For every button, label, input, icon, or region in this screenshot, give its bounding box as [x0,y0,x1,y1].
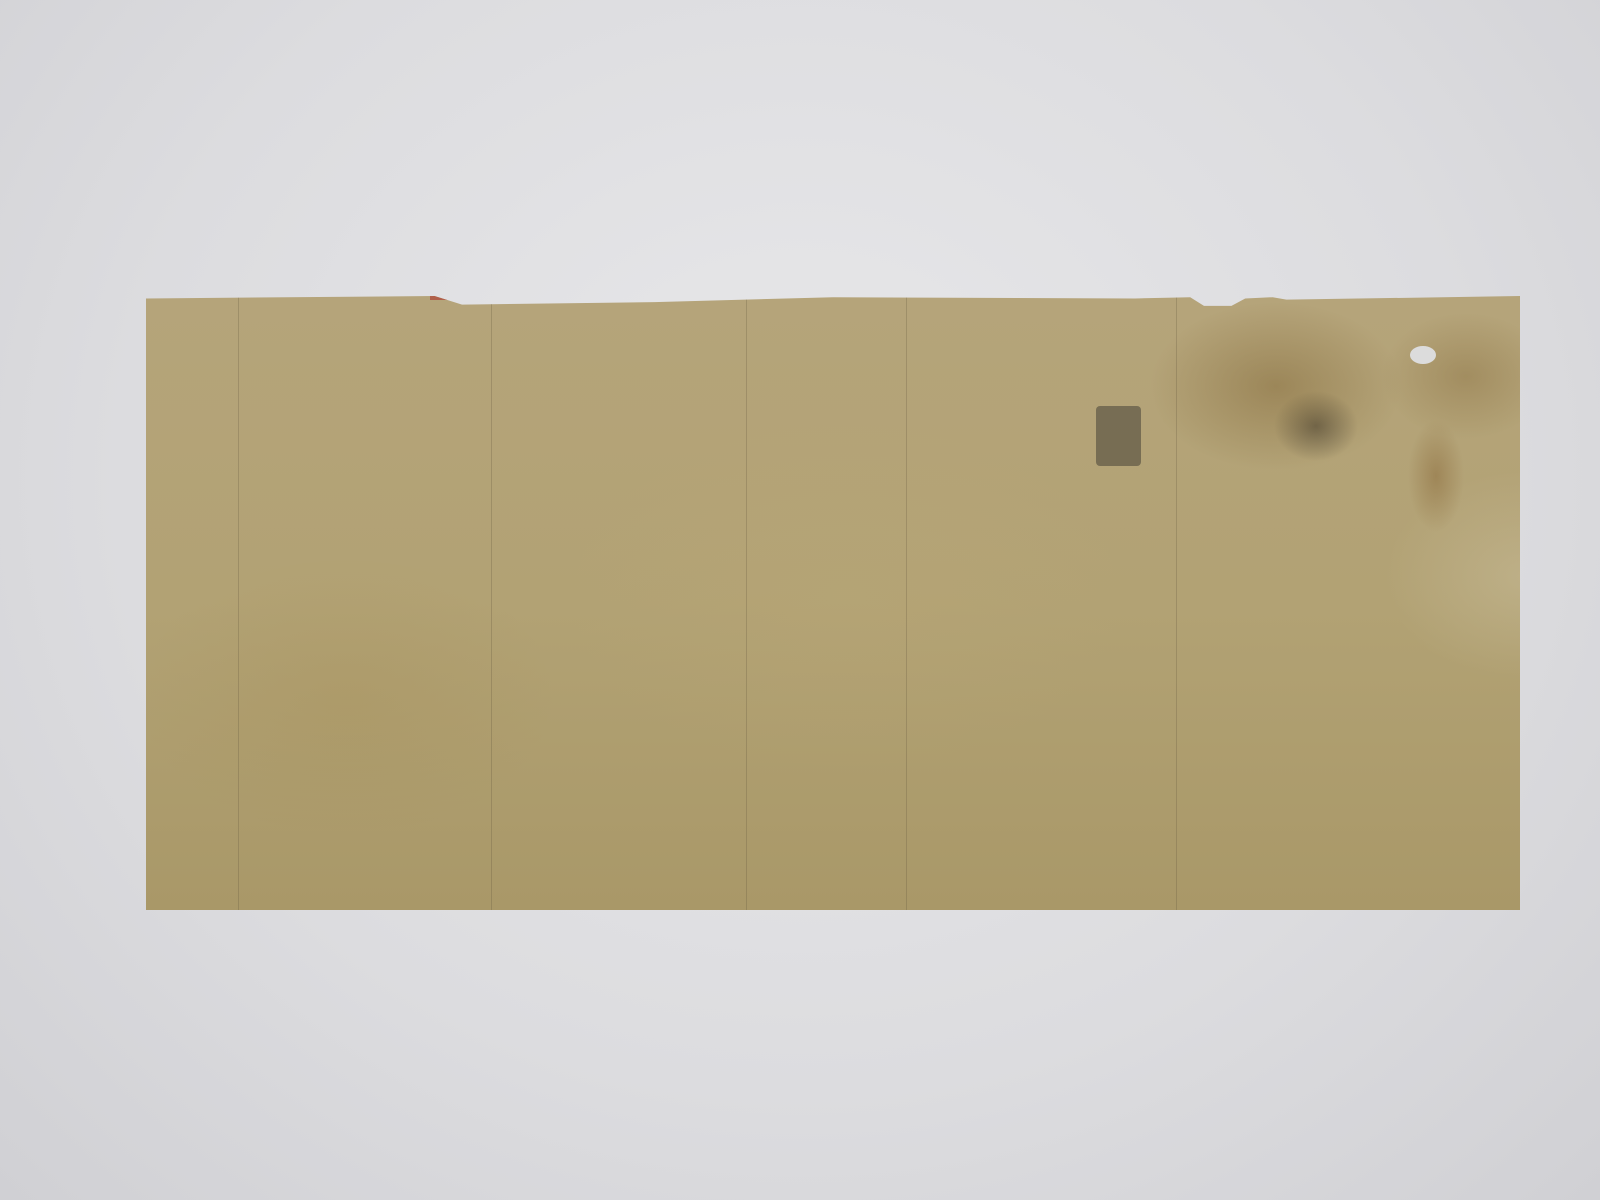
dark-stain [1096,406,1141,466]
crease-line [238,296,239,910]
paper-hole [1410,346,1436,364]
torn-edge [430,296,474,300]
crease-line [746,296,747,910]
crease-line [906,296,907,910]
crease-line [491,296,492,910]
banknote-back [146,296,1520,910]
crease-line [1176,296,1177,910]
